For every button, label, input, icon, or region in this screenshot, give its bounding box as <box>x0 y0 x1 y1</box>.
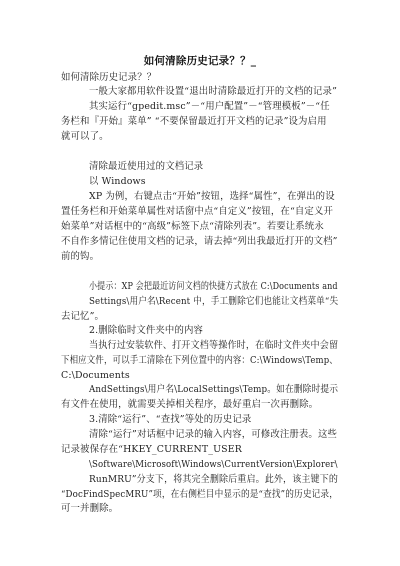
paragraph-line: 有文件在使用，就需要关掉相关程序，最好重启一次再删除。 <box>61 399 318 411</box>
paragraph-line: 当执行过安装软件、打开文档等操作时，在临时文件夹中会留 <box>89 340 338 352</box>
paragraph-line: 如何清除历史记录？？ <box>61 72 156 84</box>
paragraph-line: 下相应文件，可以手工清除在下列位置中的内容：C:\Windows\Temp、 <box>61 355 338 367</box>
paragraph-line: 其实运行“gpedit.msc”－“用户配置”－“管理模板”－“任 <box>89 101 330 113</box>
paragraph-line: 记录被保存在“HKEY_CURRENT_USER <box>61 444 242 456</box>
document-title: 如何清除历史记录？？_ <box>0 53 400 68</box>
paragraph-line: 2.删除临时文件夹中的内容 <box>89 325 203 337</box>
paragraph-line: 3.清除“运行”、“查找”等处的历史记录 <box>89 414 251 426</box>
paragraph-line: 务栏和『开始』菜单” “不要保留最近打开文档的记录”设为启用 <box>61 116 327 128</box>
paragraph-line: 去记忆”。 <box>61 311 104 323</box>
paragraph-line: 以 Windows <box>89 176 146 188</box>
paragraph-line: XP 为例，右键点击“开始”按钮，选择“属性”，在弹出的设 <box>89 191 335 203</box>
paragraph-line: 不自作多情记住使用文档的记录，请去掉“列出我最近打开的文档” <box>61 236 338 248</box>
paragraph-line: 一般大家都用软件设置“退出时清除最近打开的文档的记录” <box>89 86 337 98</box>
paragraph-line: RunMRU”分支下，将其完全删除后重启。此外，该主键下的 <box>89 474 338 486</box>
paragraph-line: 始菜单”对话框中的“高级”标签下点“清除列表”。若要让系统永 <box>61 221 324 233</box>
paragraph-line: Settings\用户名\Recent 中，手工删除它们也能让文档菜单“失 <box>89 296 338 308</box>
paragraph-line: 置任务栏和开始菜单属性对话窗中点“自定义”按钮，在“自定义开 <box>61 206 333 218</box>
paragraph-line: \Software\Microsoft\Windows\CurrentVersi… <box>89 459 338 471</box>
paragraph-line: 小提示：XP 会把最近访问文档的快捷方式放在 C:\Documents and <box>89 281 338 293</box>
paragraph-line: “DocFindSpecMRU”项，在右侧栏目中显示的是“查找”的历史记录， <box>61 489 338 501</box>
paragraph-line: AndSettings\用户名\LocalSettings\Temp。如在删除时… <box>89 384 338 396</box>
paragraph-line: C:\Documents <box>61 370 130 382</box>
paragraph-line: 前的钩。 <box>61 251 99 263</box>
paragraph-line: 就可以了。 <box>61 131 109 143</box>
document-page: 如何清除历史记录？？_ 如何清除历史记录？？一般大家都用软件设置“退出时清除最近… <box>0 0 400 566</box>
paragraph-line: 清除“运行”对话框中记录的输入内容，可修改注册表。这些 <box>89 429 337 441</box>
paragraph-line: 清除最近使用过的文档记录 <box>89 161 203 173</box>
paragraph-line: 可一并删除。 <box>61 503 118 515</box>
